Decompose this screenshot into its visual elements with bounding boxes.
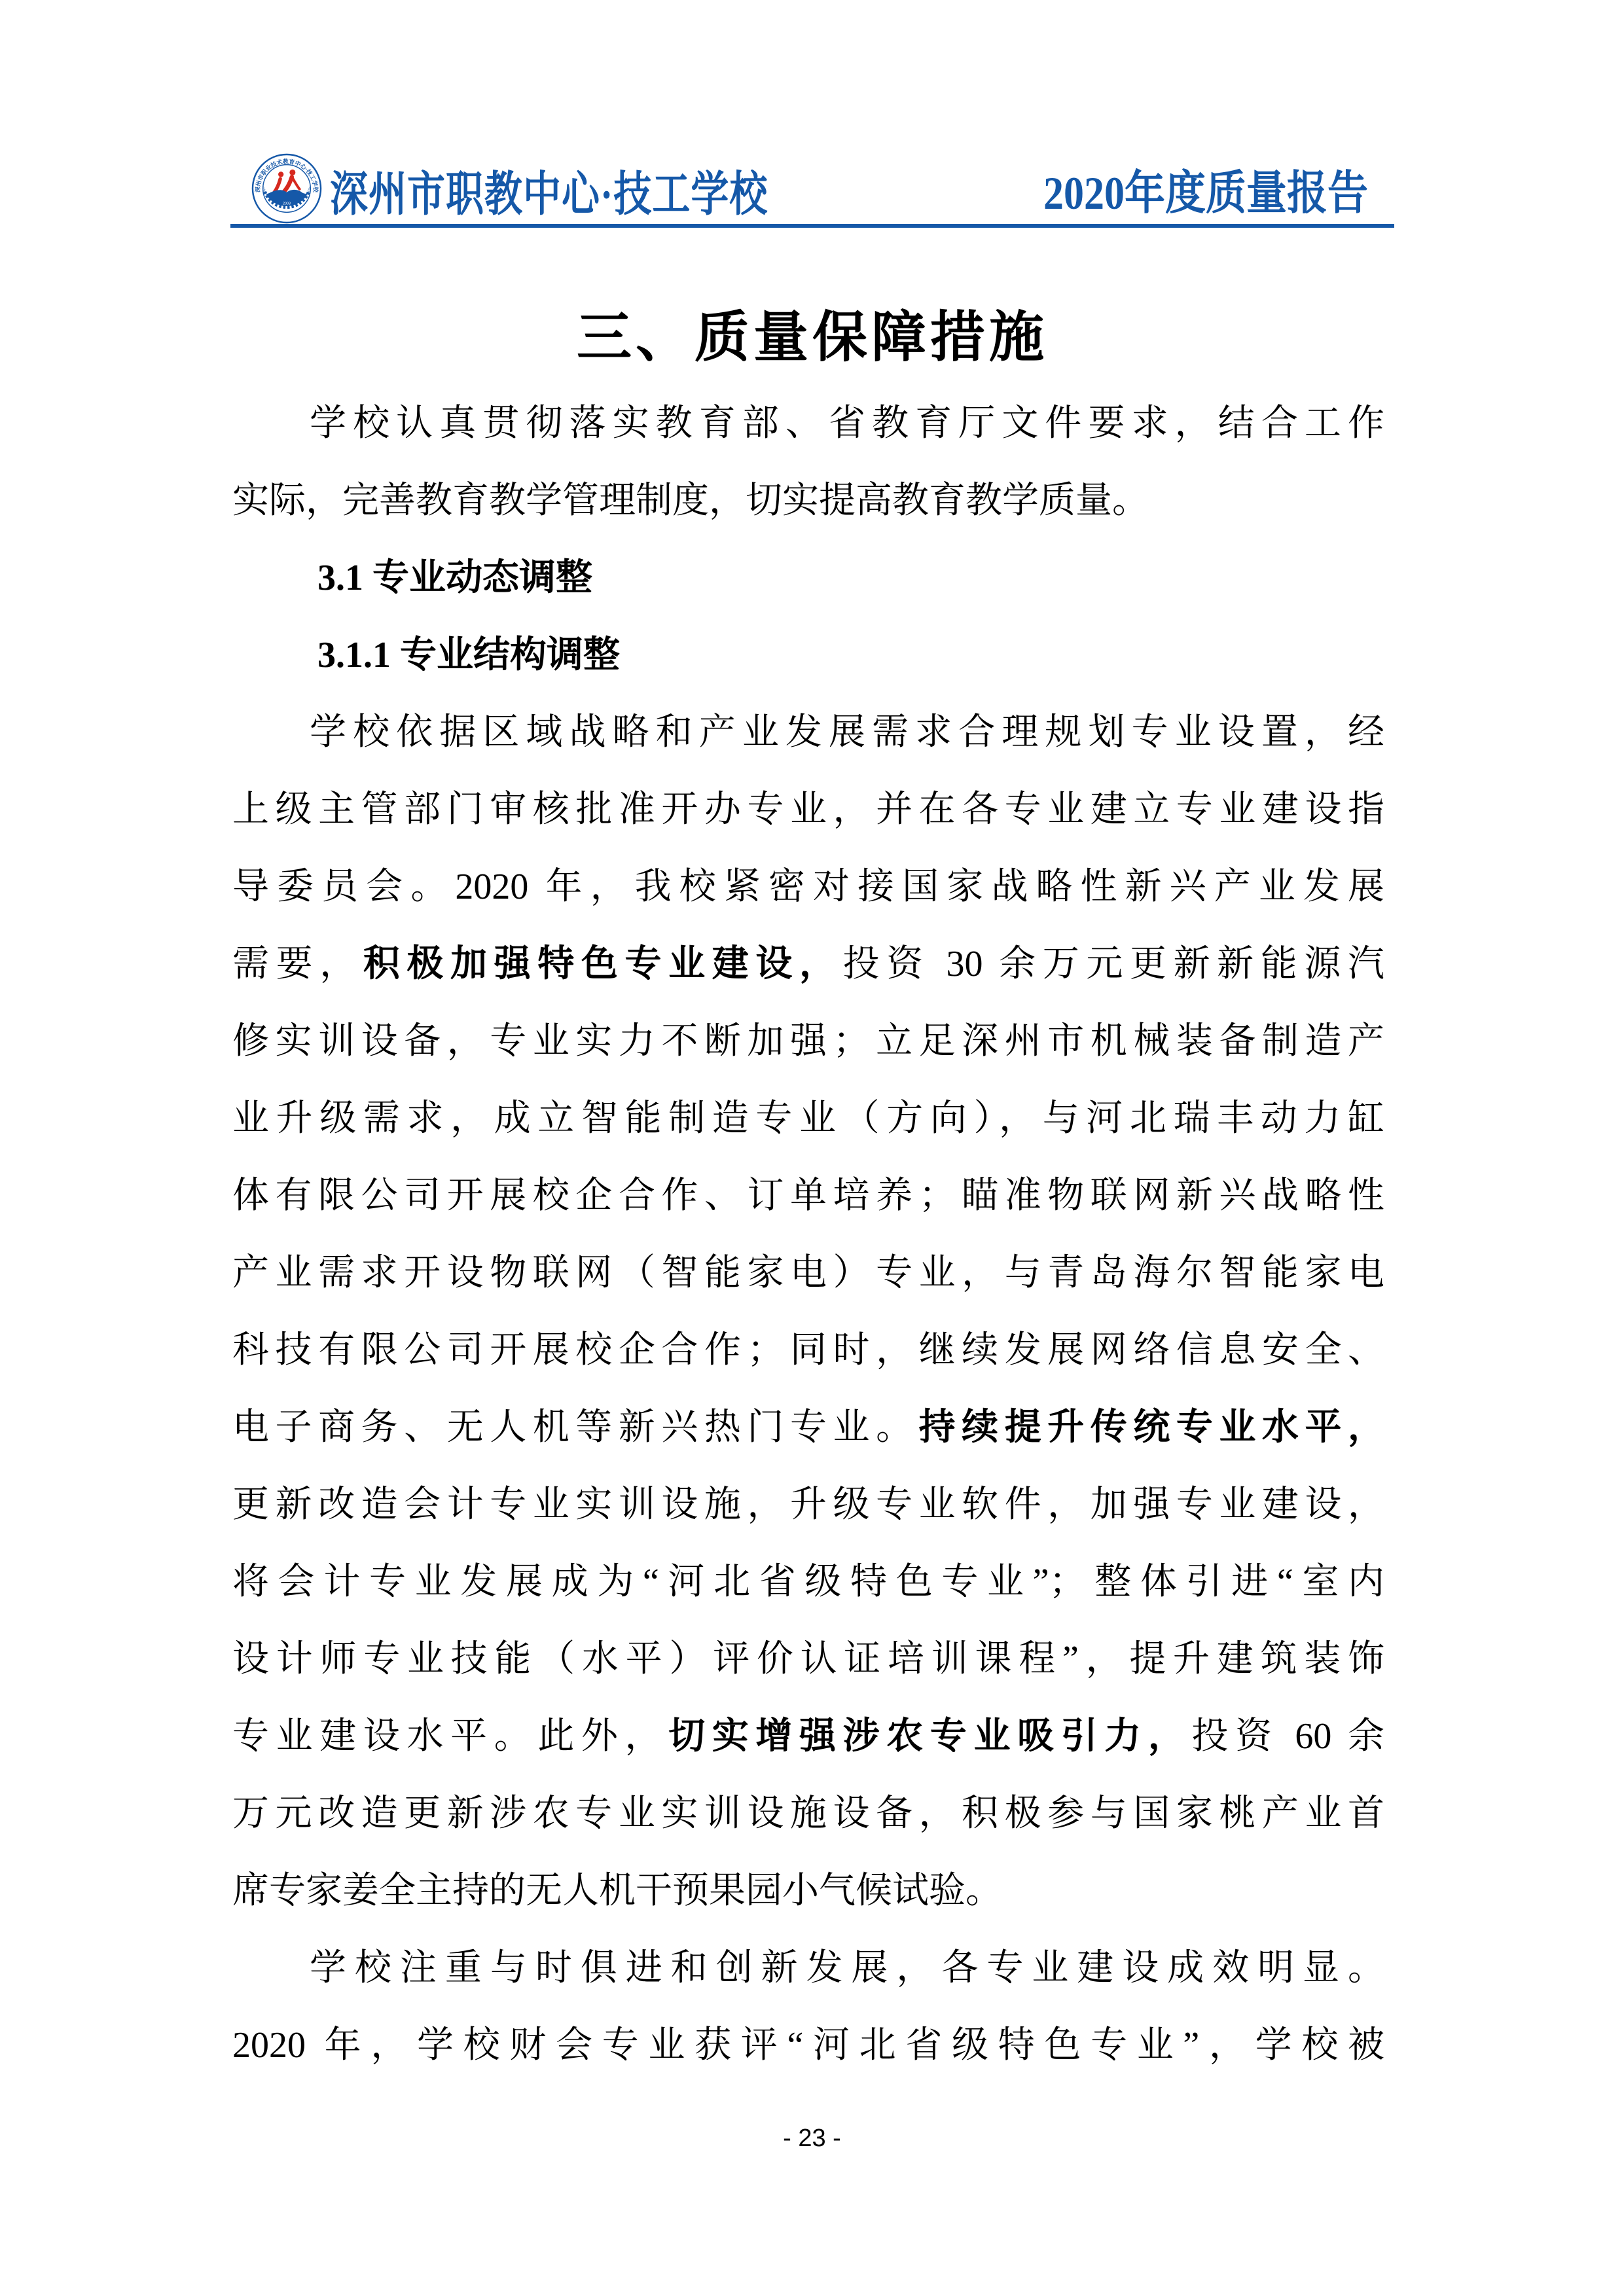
text-run: 需要，	[232, 944, 363, 984]
text-run: 设计师专业技能（水平）评价认证培训课程”，提升建筑装饰	[232, 1639, 1384, 1679]
body-content: 学校认真贯彻落实教育部、省教育厅文件要求，结合工作实际，完善教育教学管理制度，切…	[232, 385, 1384, 2084]
report-title: 2020年度质量报告	[1043, 155, 1368, 222]
page-title: 三、质量保障措施	[230, 293, 1394, 372]
body-line: 科技有限公司开展校企合作；同时，继续发展网络信息安全、	[232, 1312, 1384, 1389]
text-run: 2020 年，学校财会专业获评“河北省级特色专业”，学校被	[232, 2025, 1384, 2066]
page-header: 深州市职业技术教育中心·技工学校 Shenzhou Vocational Edu…	[230, 148, 1394, 228]
body-line: 席专家姜全主持的无人机干预果园小气候试验。	[232, 1852, 1384, 1929]
body-line: 专业建设水平。此外，切实增强涉农专业吸引力，投资 60 余	[232, 1698, 1384, 1775]
text-run: 将会计专业发展成为“河北省级特色专业”；整体引进“室内	[232, 1562, 1384, 1602]
text-run: 电子商务、无人机等新兴热门专业。	[232, 1407, 919, 1448]
section-heading: 3.1.1 专业结构调整	[232, 617, 1384, 694]
text-run: 更新改造会计专业实训设施，升级专业软件，加强专业建设，	[232, 1484, 1384, 1525]
body-line: 学校认真贯彻落实教育部、省教育厅文件要求，结合工作	[232, 385, 1384, 462]
text-run: 3.1.1 专业结构调整	[317, 635, 620, 675]
bold-text-run: 积极加强特色专业建设，	[363, 944, 843, 984]
body-line: 体有限公司开展校企合作、订单培养；瞄准物联网新兴战略性	[232, 1157, 1384, 1234]
text-run: 专业建设水平。此外，	[232, 1716, 668, 1757]
text-run: 万元改造更新涉农专业实训设施设备，积极参与国家桃产业首	[232, 1793, 1384, 1834]
document-page: 深州市职业技术教育中心·技工学校 Shenzhou Vocational Edu…	[0, 0, 1624, 2296]
text-run: 席专家姜全主持的无人机干预果园小气候试验。	[232, 1871, 1002, 1911]
text-run: 学校认真贯彻落实教育部、省教育厅文件要求，结合工作	[310, 403, 1384, 444]
body-line: 修实训设备，专业实力不断加强；立足深州市机械装备制造产	[232, 1003, 1384, 1080]
text-run: 产业需求开设物联网（智能家电）专业，与青岛海尔智能家电	[232, 1253, 1384, 1293]
bold-text-run: 切实增强涉农专业吸引力，	[668, 1716, 1191, 1757]
text-run: 投资 30 余万元更新新能源汽	[843, 944, 1384, 984]
body-line: 产业需求开设物联网（智能家电）专业，与青岛海尔智能家电	[232, 1234, 1384, 1312]
text-run: 实际，完善教育教学管理制度，切实提高教育教学质量。	[232, 480, 1149, 521]
text-run: 体有限公司开展校企合作、订单培养；瞄准物联网新兴战略性	[232, 1175, 1384, 1216]
text-run: 3.1 专业动态调整	[317, 558, 592, 598]
body-line: 电子商务、无人机等新兴热门专业。持续提升传统专业水平，	[232, 1389, 1384, 1466]
body-line: 需要，积极加强特色专业建设，投资 30 余万元更新新能源汽	[232, 925, 1384, 1003]
school-logo-icon: 深州市职业技术教育中心·技工学校 Shenzhou Vocational Edu…	[251, 153, 322, 224]
body-line: 业升级需求，成立智能制造专业（方向），与河北瑞丰动力缸	[232, 1080, 1384, 1157]
text-run: 修实训设备，专业实力不断加强；立足深州市机械装备制造产	[232, 1021, 1384, 1062]
text-run: 上级主管部门审核批准开办专业，并在各专业建立专业建设指	[232, 789, 1384, 830]
body-line: 实际，完善教育教学管理制度，切实提高教育教学质量。	[232, 462, 1384, 539]
text-run: 投资 60 余	[1192, 1716, 1384, 1757]
body-line: 学校依据区域战略和产业发展需求合理规划专业设置，经	[232, 694, 1384, 771]
body-line: 2020 年，学校财会专业获评“河北省级特色专业”，学校被	[232, 2007, 1384, 2084]
text-run: 业升级需求，成立智能制造专业（方向），与河北瑞丰动力缸	[232, 1098, 1384, 1139]
bold-text-run: 持续提升传统专业水平，	[919, 1407, 1384, 1448]
body-line: 上级主管部门审核批准开办专业，并在各专业建立专业建设指	[232, 771, 1384, 848]
body-line: 学校注重与时俱进和创新发展，各专业建设成效明显。	[232, 1929, 1384, 2007]
body-line: 更新改造会计专业实训设施，升级专业软件，加强专业建设，	[232, 1466, 1384, 1543]
logo-year: 2003	[283, 202, 291, 206]
text-run: 学校依据区域战略和产业发展需求合理规划专业设置，经	[310, 712, 1384, 753]
body-line: 万元改造更新涉农专业实训设施设备，积极参与国家桃产业首	[232, 1775, 1384, 1852]
page-number: - 23 -	[0, 2125, 1624, 2153]
body-line: 设计师专业技能（水平）评价认证培训课程”，提升建筑装饰	[232, 1621, 1384, 1698]
text-run: 导委员会。2020 年，我校紧密对接国家战略性新兴产业发展	[232, 867, 1384, 907]
body-line: 将会计专业发展成为“河北省级特色专业”；整体引进“室内	[232, 1543, 1384, 1621]
text-run: 学校注重与时俱进和创新发展，各专业建设成效明显。	[310, 1948, 1384, 1988]
body-line: 导委员会。2020 年，我校紧密对接国家战略性新兴产业发展	[232, 848, 1384, 925]
section-heading: 3.1 专业动态调整	[232, 539, 1384, 617]
text-run: 科技有限公司开展校企合作；同时，继续发展网络信息安全、	[232, 1330, 1384, 1371]
school-name: 深州市职教中心·技工学校	[330, 156, 768, 224]
